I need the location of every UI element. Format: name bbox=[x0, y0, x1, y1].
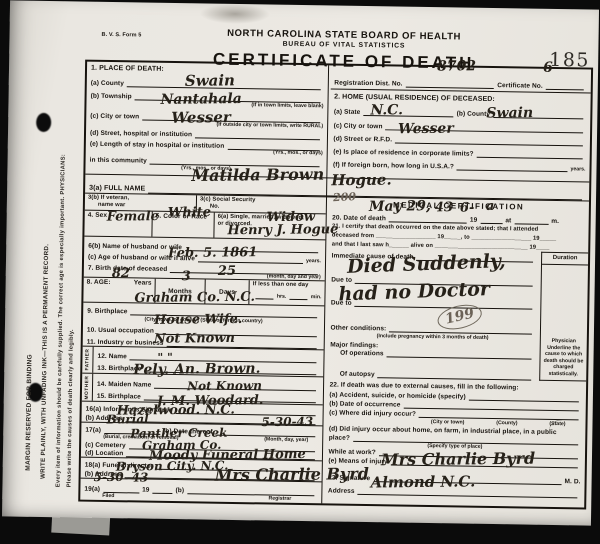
county-label: (a) County bbox=[91, 79, 124, 87]
sex-label: 4. Sex bbox=[88, 212, 149, 220]
place-of-death-heading: 1. PLACE OF DEATH: bbox=[91, 65, 164, 74]
mother-strip-label: MOTHER bbox=[84, 375, 89, 399]
industry-label: 11. Industry or business bbox=[87, 338, 164, 347]
marital-label-2: or divorced. bbox=[218, 220, 323, 228]
location-label: (d) Location bbox=[85, 449, 124, 457]
age-days-cell: Days bbox=[205, 280, 249, 305]
immediate-cause-label: Immediate cause of death bbox=[332, 252, 414, 261]
birthdate-sublabel: (month, day and year) bbox=[267, 274, 321, 280]
father-birthplace-label: 13. Birthplace bbox=[97, 364, 141, 372]
filed-19: 19 bbox=[142, 486, 150, 494]
funeral-director-label: 18(a) Funeral director bbox=[85, 461, 154, 470]
injury-place-label-2: place? bbox=[329, 434, 350, 442]
mother-block: MOTHER 14. Maiden Name 15. Birthplace bbox=[82, 374, 323, 406]
hrs-word: hrs. bbox=[277, 294, 287, 299]
age-months-cell: Months bbox=[155, 279, 205, 304]
mother-birthplace-label: 15. Birthplace bbox=[97, 392, 141, 400]
injury-place-sublabel: (Specify type of place) bbox=[427, 444, 482, 450]
foreign-born-line bbox=[457, 168, 568, 172]
age-years-cell: 8. AGE: Years bbox=[83, 278, 155, 303]
form-border-box: 1. PLACE OF DEATH: (a) County (b) Townsh… bbox=[78, 60, 593, 510]
section-home-residence: 2. HOME (USUAL RESIDENCE) OF DECEASED: (… bbox=[329, 89, 591, 181]
registration-dist-line bbox=[406, 86, 495, 89]
race-label: 5. Color or Race bbox=[156, 213, 211, 221]
cemetery-label: (c) Cemetery bbox=[85, 441, 126, 449]
registration-dist-label: Registration Dist. No. bbox=[334, 79, 402, 88]
at-word: at bbox=[505, 217, 511, 225]
community-sublabel: (Yrs., mos., or days) bbox=[181, 166, 231, 172]
father-strip-label: FATHER bbox=[85, 349, 90, 371]
father-strip: FATHER bbox=[82, 347, 93, 373]
certificate-paper: MARGIN RESERVED FOR BINDING WRITE PLAINL… bbox=[2, 0, 599, 525]
registrar-sublabel: Registrar bbox=[268, 496, 291, 502]
physician-address-label: Address bbox=[328, 487, 355, 495]
certificate-no-line bbox=[546, 88, 584, 91]
father-block: FATHER 12. Name 13. Birthplace bbox=[82, 346, 323, 378]
margin-note-permanent-record: WRITE PLAINLY, WITH UNFADING INK—THIS IS… bbox=[40, 107, 53, 479]
date-of-death-label: 20. Date of death bbox=[332, 214, 386, 222]
where-injury-label: (c) Where did injury occur? bbox=[329, 409, 416, 418]
lessday-label: If less than one day bbox=[253, 281, 322, 289]
where-sub-state: (State) bbox=[549, 422, 565, 427]
marital-cell: 6(a) Single, married, widowed, or divorc… bbox=[215, 213, 326, 229]
while-at-work-label: While at work? bbox=[328, 448, 375, 456]
age-lessday-cell: If less than one day hrs. min. bbox=[249, 280, 324, 300]
where-sub-county: (County) bbox=[496, 421, 517, 427]
home-county-label: (b) County bbox=[457, 110, 491, 118]
date-thereof-sublabel: (Month, day, year) bbox=[264, 437, 308, 443]
scanned-death-certificate: { "margin": { "col1": "MARGIN RESERVED F… bbox=[0, 0, 600, 544]
min-line bbox=[289, 298, 307, 300]
major-findings-label: Major findings: bbox=[330, 341, 378, 349]
birthdate-label: 7. Birth date of deceased bbox=[88, 264, 168, 273]
row-father-birthplace: 13. Birthplace bbox=[93, 360, 323, 376]
right-column: Registration Dist. No. Certificate No. 2… bbox=[324, 65, 591, 507]
informant-address-label: (b) Address bbox=[85, 414, 122, 422]
husband-label: 6(b) Name of husband or wife bbox=[88, 242, 182, 251]
date-of-death-19: 19 bbox=[470, 216, 478, 224]
form-number: B. V. S. Form 5 bbox=[102, 32, 142, 39]
where-sub-city: (City or town) bbox=[431, 420, 465, 426]
home-state-label: (a) State bbox=[334, 108, 361, 116]
means-of-injury-label: (e) Means of injury bbox=[328, 457, 387, 465]
veteran-cell: 3(b) If veteran, name war bbox=[85, 194, 197, 212]
township-label: (b) Township bbox=[91, 92, 132, 100]
physician-address-line bbox=[358, 493, 578, 498]
township-sublabel: (If in town limits, leave blank) bbox=[251, 103, 323, 109]
husband-age-years-suffix: years. bbox=[306, 259, 321, 264]
death-year-line bbox=[480, 222, 502, 224]
mother-strip: MOTHER bbox=[82, 374, 93, 401]
street-hospital-label: (d) Street, hospital or institution bbox=[90, 129, 192, 138]
burial-block: 17(a) (b) Date thereof (Burial, crematio… bbox=[81, 423, 323, 462]
age-months-word: Months bbox=[168, 288, 192, 295]
community-label: in this community bbox=[90, 156, 147, 164]
burial-label: 17(a) bbox=[85, 426, 101, 434]
age-label: 8. AGE: bbox=[86, 279, 110, 302]
age-days-word: Days bbox=[219, 289, 235, 296]
foreign-born-years-suffix: years. bbox=[570, 167, 585, 172]
filed-label: 19(a) bbox=[84, 485, 100, 493]
other-conditions-label: Other conditions: bbox=[330, 324, 386, 332]
scan-smudge bbox=[200, 3, 270, 24]
race-cell: 5. Color or Race bbox=[152, 212, 214, 238]
registrar-b-label: (b) bbox=[175, 487, 184, 495]
filed-year-line bbox=[152, 492, 172, 494]
physician-signature-label: 23. Signature bbox=[328, 474, 370, 482]
veteran-label-2: name war bbox=[98, 201, 193, 209]
hrs-line bbox=[255, 297, 273, 299]
margin-note-causes: Please write the causes of death clearly… bbox=[66, 245, 76, 487]
full-name-label: 3(a) FULL NAME bbox=[89, 185, 145, 194]
m-word: m. bbox=[551, 217, 559, 225]
foreign-born-label: (f) If foreign born, how long in U.S.A.? bbox=[333, 161, 454, 170]
of-autopsy-label: Of autopsy bbox=[340, 370, 375, 378]
filed-sublabel: Filed bbox=[102, 494, 114, 499]
physician-note-text: Underline the cause to which death shoul… bbox=[542, 344, 585, 377]
of-operations-label: Of operations bbox=[340, 349, 384, 357]
city-town-label: (c) City or town bbox=[90, 112, 139, 120]
row-mother-birthplace: 15. Birthplace bbox=[93, 388, 323, 404]
physician-note: Physician Underline the cause to which d… bbox=[540, 338, 587, 381]
row-sex-race-marital: 4. Sex 5. Color or Race 6(a) Single, mar… bbox=[84, 211, 325, 241]
filed-block: 19(a) 19 (b) Filed Registrar bbox=[80, 479, 321, 510]
director-address-label: (b) Address bbox=[85, 470, 122, 478]
occurrence-date-label: (b) Date of occurrence bbox=[329, 400, 400, 409]
home-street-label: (d) Street or R.F.D. bbox=[333, 135, 392, 143]
sex-cell: 4. Sex bbox=[84, 211, 152, 237]
ssn-cell: 3(c) Social Security No. bbox=[197, 195, 326, 211]
duration-physician-box: Duration Physician Underline the cause t… bbox=[539, 252, 588, 382]
left-column: 1. PLACE OF DEATH: (a) County (b) Townsh… bbox=[80, 62, 329, 504]
ssn-label-2: No. bbox=[210, 203, 323, 211]
duration-label: Duration bbox=[542, 253, 588, 266]
birthplace-label: 9. Birthplace bbox=[87, 307, 127, 315]
age-years-word: Years bbox=[134, 279, 152, 302]
certificate-no-label: Certificate No. bbox=[497, 82, 543, 90]
min-word: min. bbox=[311, 295, 322, 300]
occupation-label: 10. Usual occupation bbox=[87, 326, 154, 335]
row-age: 8. AGE: Years Months Days If less than o… bbox=[83, 277, 324, 307]
margin-note-binding: MARGIN RESERVED FOR BINDING bbox=[25, 179, 37, 471]
home-city-label: (c) City or town bbox=[334, 122, 383, 130]
section-place-of-death: 1. PLACE OF DEATH: (a) County (b) Townsh… bbox=[85, 62, 328, 178]
informant-label: 16(a) Informant's Signature bbox=[86, 405, 173, 414]
due-to-1-label: Due to bbox=[331, 276, 352, 284]
stay-length-sublabel: (Yrs., mos., or days) bbox=[273, 150, 323, 156]
md-suffix: M. D. bbox=[565, 478, 581, 486]
due-to-2-label: Due to bbox=[331, 299, 352, 307]
